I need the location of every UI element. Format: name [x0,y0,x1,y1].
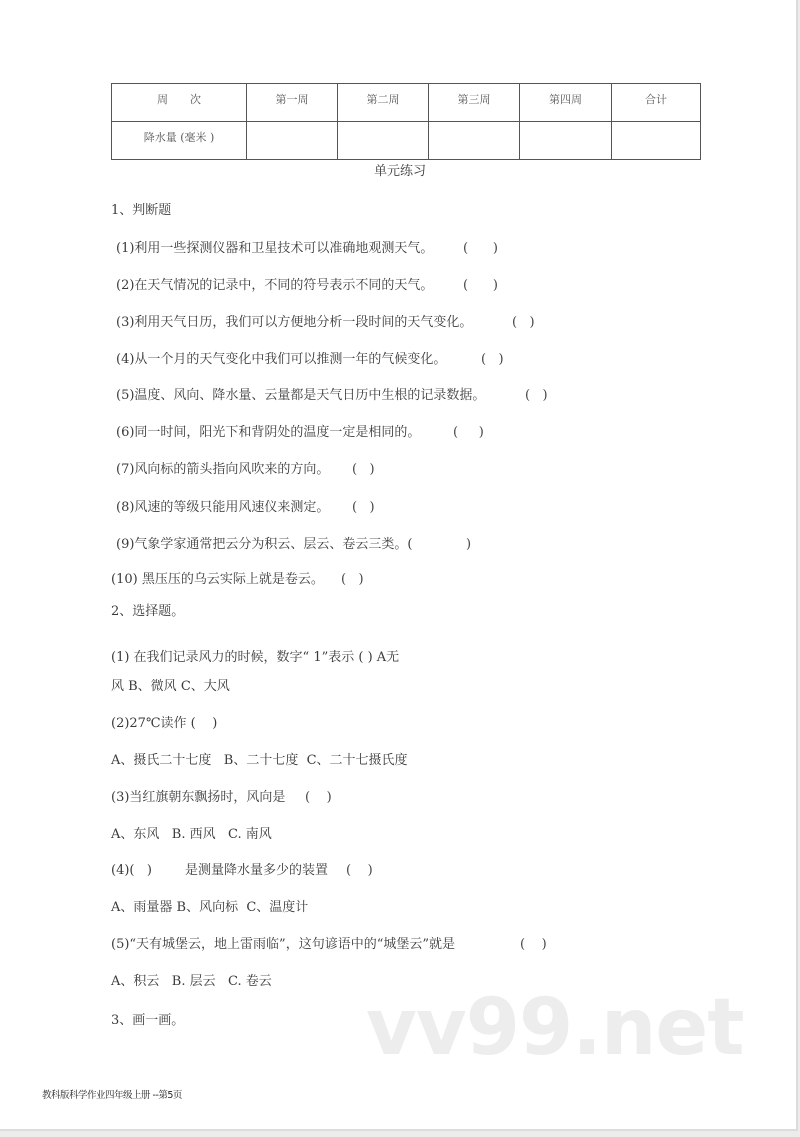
judgment-item-8: (8)风速的等级只能用风速仪来测定。 [116,500,329,516]
answer-blank-8[interactable]: ( ) [352,500,375,516]
answer-blank-9[interactable]: ) [466,537,471,553]
choice-blank-3[interactable]: ( ) [305,790,332,806]
judgment-item-10: (10) 黑压压的乌云实际上就是卷云。 [111,572,324,588]
answer-blank-2[interactable]: ( ) [463,278,498,294]
judgment-item-7: (7)风向标的箭头指向风吹来的方向。 [116,462,329,478]
table-header-week4: 第四周 [520,84,612,122]
choice-options-3: A、东风 B. 西风 C. 南风 [111,827,272,843]
judgment-item-1: (1)利用一些探测仪器和卫星技术可以准确地观测天气。 [116,241,433,257]
choice-blank-5[interactable]: ( ) [520,937,547,953]
answer-blank-7[interactable]: ( ) [352,462,375,478]
answer-blank-1[interactable]: ( ) [463,241,498,257]
answer-blank-3[interactable]: ( ) [512,315,535,331]
choice-question-5: (5)“天有城堡云，地上雷雨临”，这句谚语中的“城堡云”就是 [111,937,455,953]
rainfall-table: 周 次 第一周 第二周 第三周 第四周 合计 降水量 (毫米 ) [111,83,701,160]
section3-heading: 3、画一画。 [111,1013,184,1029]
table-cell-week4 [520,122,612,160]
judgment-item-3: (3)利用天气日历，我们可以方便地分析一段时间的天气变化。 [116,315,472,331]
table-cell-total [612,122,701,160]
page-footer: 教科版科学作业四年级上册 --第5页 [42,1087,182,1101]
choice-options-4: A、雨量器 B、风向标 C、温度计 [111,900,308,916]
choice-options-5: A、积云 B. 层云 C. 卷云 [111,974,272,990]
answer-blank-10[interactable]: ( ) [341,572,364,588]
judgment-item-6: (6)同一时间，阳光下和背阴处的温度一定是相同的。 [116,425,420,441]
choice-options-2: A、摄氏二十七度 B、二十七度 C、二十七摄氏度 [111,753,408,769]
section2-heading: 2、选择题。 [111,604,184,620]
table-header-week: 周 次 [112,84,247,122]
table-header-week3: 第三周 [429,84,520,122]
unit-title: 单元练习 [0,164,800,180]
table-cell-week2 [338,122,429,160]
judgment-item-4: (4)从一个月的天气变化中我们可以推测一年的气候变化。 [116,352,446,368]
watermark: vv99.net [366,993,744,1063]
answer-blank-6[interactable]: ( ) [453,425,484,441]
choice-blank-4[interactable]: ( ) [346,863,373,879]
table-header-week2: 第二周 [338,84,429,122]
table-cell-week1 [247,122,338,160]
document-page: 周 次 第一周 第二周 第三周 第四周 合计 降水量 (毫米 ) 单元练习 1、… [0,0,798,1131]
table-row-label: 降水量 (毫米 ) [112,122,247,160]
table-header-row: 周 次 第一周 第二周 第三周 第四周 合计 [112,84,701,122]
choice-question-4: (4)( ) 是测量降水量多少的装置 [111,863,328,879]
table-header-week1: 第一周 [247,84,338,122]
judgment-item-9: (9)气象学家通常把云分为积云、层云、卷云三类。( [116,537,413,553]
choice-question-3: (3)当红旗朝东飘扬时，风向是 [111,790,285,806]
judgment-item-2: (2)在天气情况的记录中，不同的符号表示不同的天气。 [116,278,433,294]
judgment-item-5: (5)温度、风向、降水量、云量都是天气日历中生根的记录数据。 [116,388,485,404]
choice-question-1: (1) 在我们记录风力的时候，数字“ 1”表示 ( ) A无 [111,650,399,666]
choice-options-1: 风 B、微风 C、大风 [111,679,230,695]
answer-blank-4[interactable]: ( ) [481,352,504,368]
answer-blank-5[interactable]: ( ) [525,388,548,404]
table-row: 降水量 (毫米 ) [112,122,701,160]
table-cell-week3 [429,122,520,160]
choice-question-2: (2)27℃读作 ( ) [111,716,217,732]
table-header-total: 合计 [612,84,701,122]
section1-heading: 1、判断题 [111,203,171,219]
